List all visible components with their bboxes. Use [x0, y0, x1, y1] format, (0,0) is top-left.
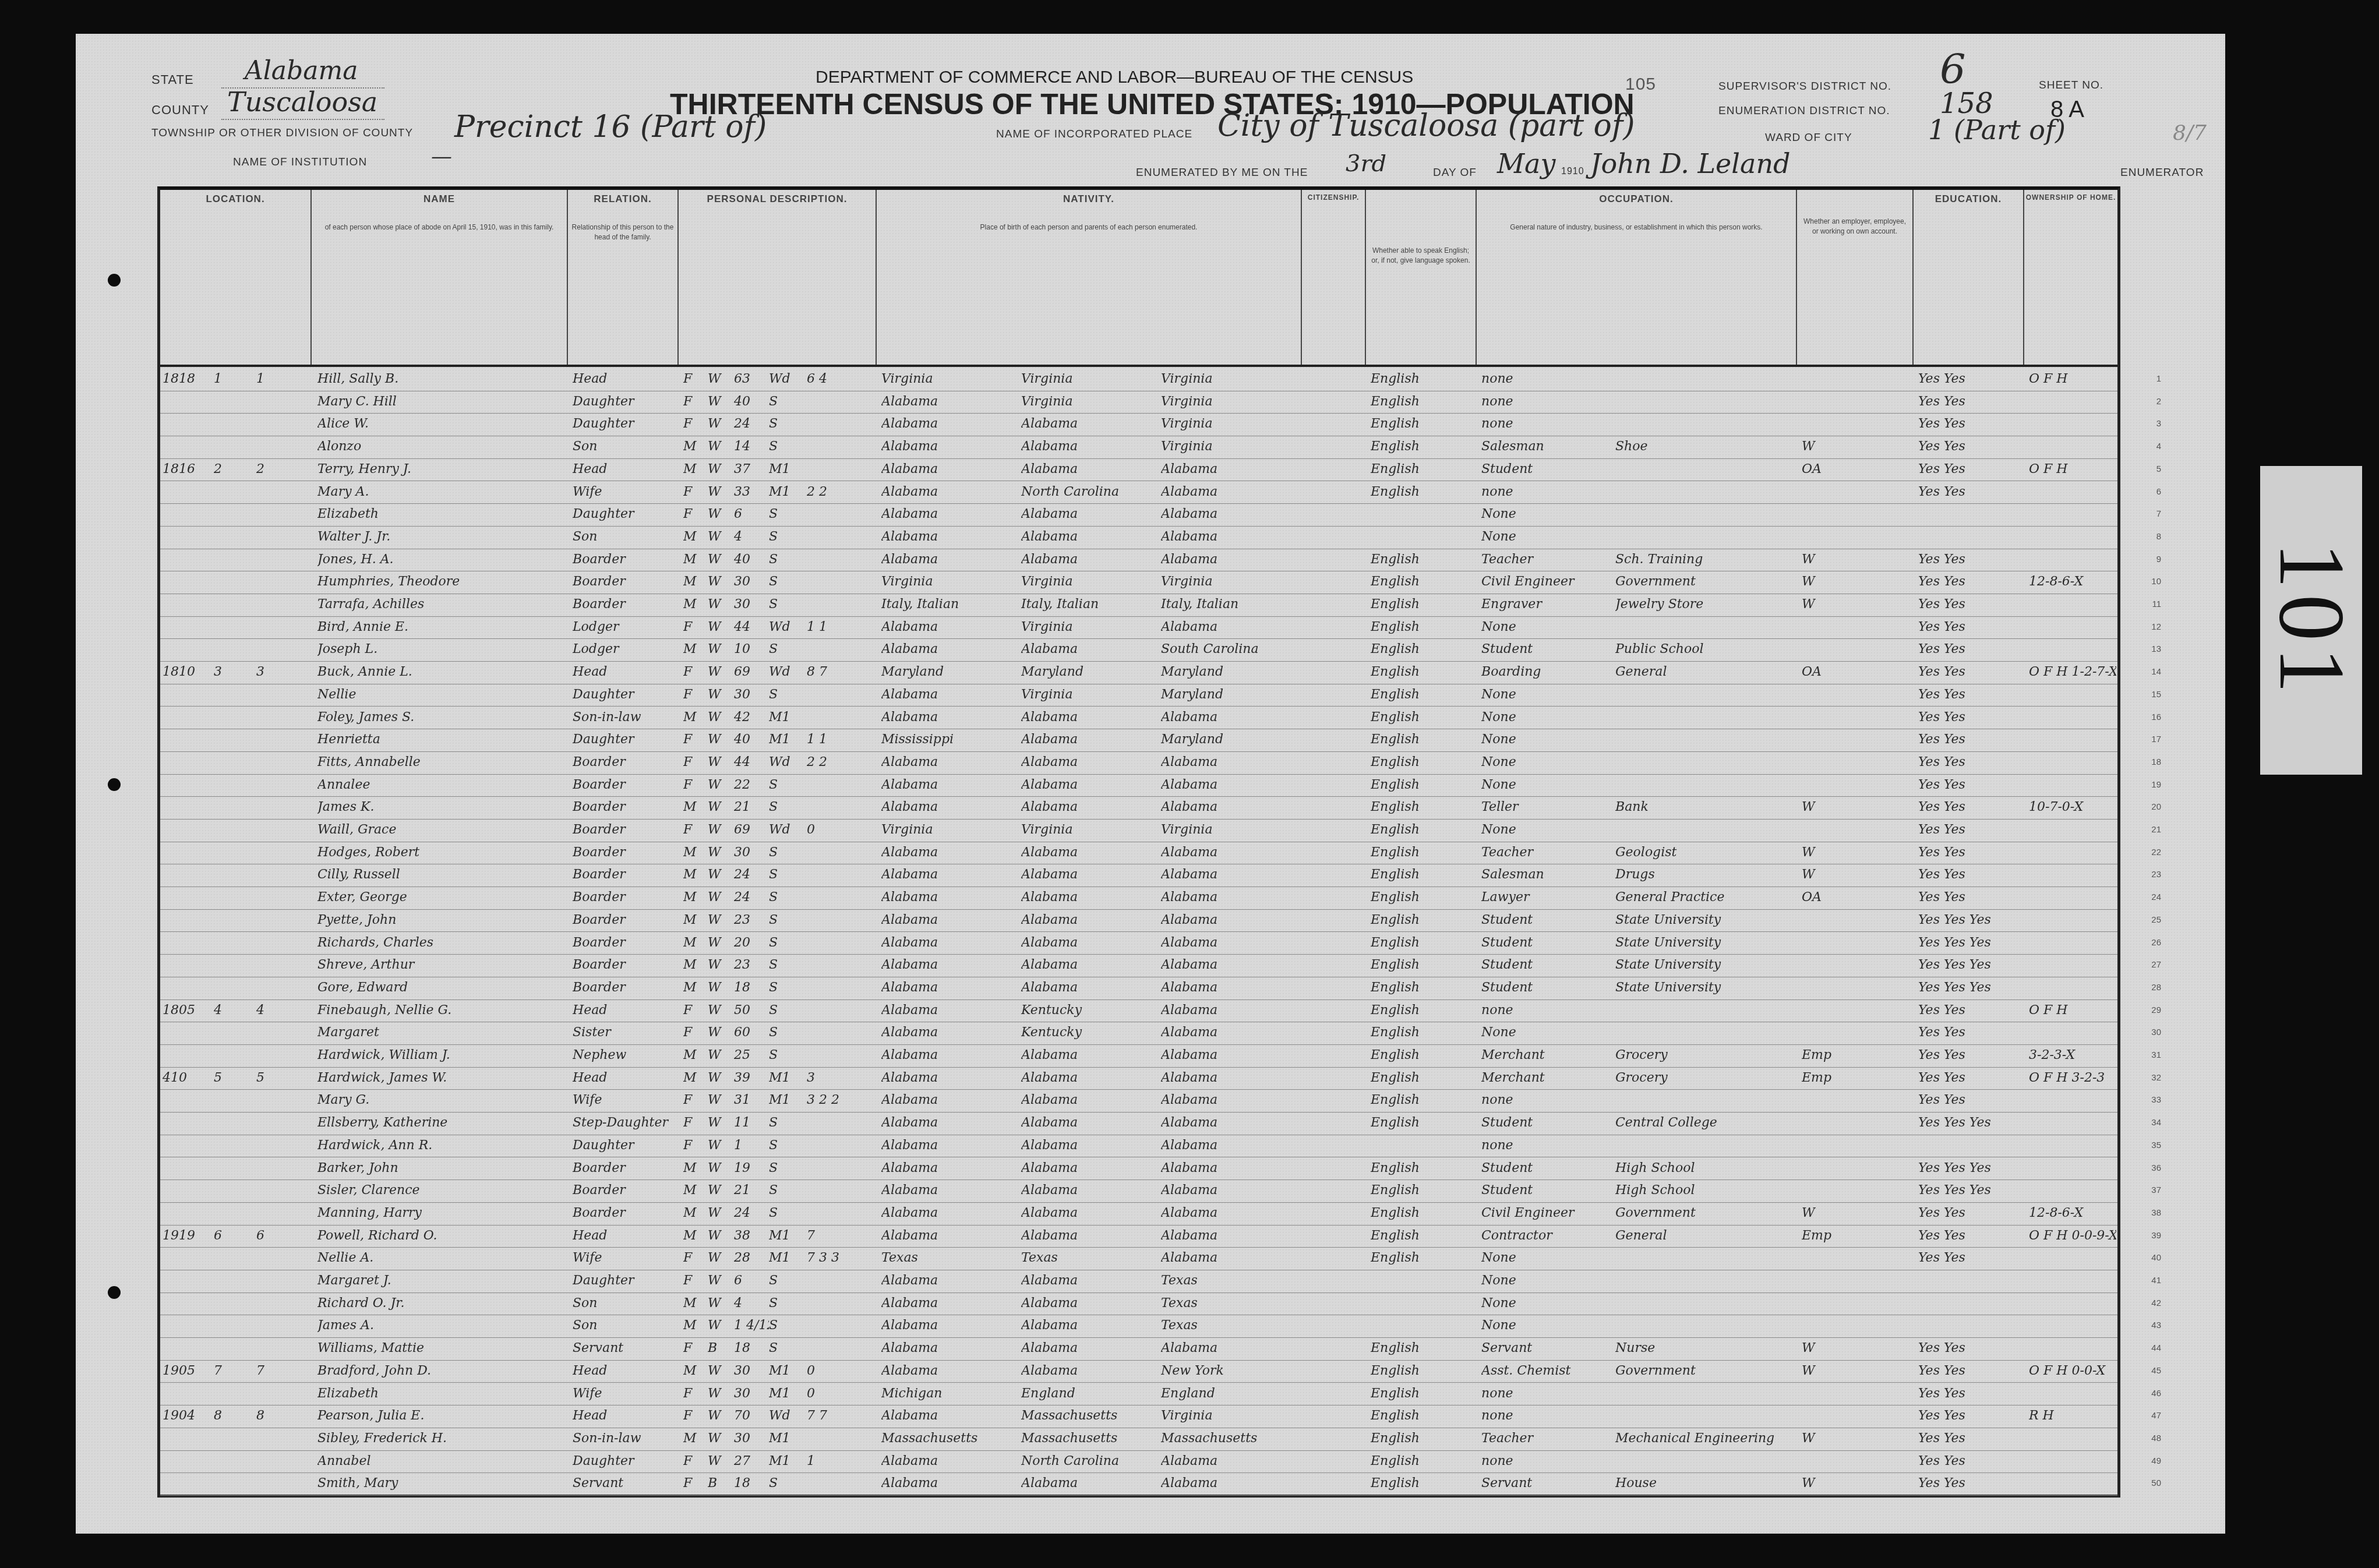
cell-fam	[256, 616, 297, 639]
table-row: Mary C. HillDaughterFW40SAlabamaVirginia…	[160, 391, 2117, 414]
cell-lang	[1371, 1292, 1476, 1315]
cell-pob: Alabama	[881, 932, 1015, 955]
cell-ms: S	[769, 1112, 804, 1135]
cell-own	[2029, 1089, 2116, 1112]
cell-ms: S	[769, 391, 804, 414]
cell-emp	[1802, 1247, 1912, 1270]
cell-age: 60	[734, 1022, 769, 1044]
cell-name: Pyette, John	[317, 909, 565, 932]
cell-own: O F H 0-0-9-X	[2029, 1225, 2116, 1248]
cell-mpob: Virginia	[1161, 819, 1301, 842]
cell-ch	[807, 1337, 871, 1360]
line-number: 38	[2151, 1202, 2161, 1224]
cell-pob: Virginia	[881, 819, 1015, 842]
cell-fam	[256, 909, 297, 932]
cell-ch	[807, 887, 871, 909]
line-number: 33	[2151, 1089, 2161, 1111]
cell-dw	[214, 1337, 255, 1360]
cell-rel: Boarder	[573, 954, 677, 977]
cell-race: W	[708, 1022, 731, 1044]
cell-lang	[1371, 1270, 1476, 1292]
cell-ind: Nurse	[1615, 1337, 1796, 1360]
cell-dw: 3	[214, 661, 255, 684]
cell-ms: M1	[769, 1247, 804, 1270]
line-number: 27	[2151, 954, 2161, 976]
cell-ind	[1615, 1089, 1796, 1112]
cell-pob: Alabama	[881, 864, 1015, 887]
cell-age: 4	[734, 1292, 769, 1315]
cell-edu: Yes Yes	[1918, 1000, 2023, 1022]
cell-age: 30	[734, 1360, 769, 1383]
cell-fam	[256, 954, 297, 977]
cell-dw	[214, 1428, 255, 1450]
cell-pob: Alabama	[881, 1135, 1015, 1157]
col-personal: PERSONAL DESCRIPTION.	[679, 190, 877, 365]
cell-pob: Virginia	[881, 571, 1015, 594]
cell-race: W	[708, 954, 731, 977]
cell-lang: English	[1371, 1112, 1476, 1135]
cell-ind	[1615, 1292, 1796, 1315]
cell-age: 69	[734, 819, 769, 842]
cell-race: W	[708, 796, 731, 819]
enumerator-label: ENUMERATOR	[2120, 167, 2204, 179]
cell-ind	[1615, 1135, 1796, 1157]
cell-lang: English	[1371, 684, 1476, 707]
cell-ch	[807, 1270, 871, 1292]
cell-age: 33	[734, 481, 769, 504]
cell-fpob: Virginia	[1021, 616, 1155, 639]
cell-emp	[1802, 503, 1912, 526]
cell-name: Hardwick, William J.	[317, 1044, 565, 1067]
cell-house	[163, 774, 209, 797]
cell-lang: English	[1371, 819, 1476, 842]
ward-label: WARD OF CITY	[1765, 132, 1852, 144]
cell-own: O F H 0-0-X	[2029, 1360, 2116, 1383]
cell-lang: English	[1371, 1000, 1476, 1022]
cell-age: 30	[734, 1383, 769, 1405]
cell-lang: English	[1371, 842, 1476, 864]
cell-name: James A.	[317, 1315, 565, 1337]
col-employer: Whether an employer, employee, or workin…	[1797, 190, 1914, 365]
cell-fam	[256, 1022, 297, 1044]
cell-name: Williams, Mattie	[317, 1337, 565, 1360]
cell-race: W	[708, 1292, 731, 1315]
cell-pob: Alabama	[881, 684, 1015, 707]
cell-pob: Alabama	[881, 549, 1015, 571]
cell-ch	[807, 1000, 871, 1022]
line-number: 39	[2151, 1225, 2161, 1247]
table-row: 190488Pearson, Julia E.HeadFW70Wd7 7Alab…	[160, 1405, 2117, 1428]
line-number: 41	[2151, 1270, 2161, 1292]
cell-mpob: Alabama	[1161, 1089, 1301, 1112]
cell-rel: Boarder	[573, 1157, 677, 1180]
cell-dw	[214, 594, 255, 616]
cell-name: Joseph L.	[317, 638, 565, 661]
cell-mpob: Virginia	[1161, 436, 1301, 458]
cell-own	[2029, 842, 2116, 864]
cell-edu	[1918, 526, 2023, 549]
cell-ms: Wd	[769, 661, 804, 684]
cell-ind: Grocery	[1615, 1067, 1796, 1090]
cell-ms: M1	[769, 458, 804, 481]
cell-occ: Student	[1481, 932, 1609, 955]
cell-own	[2029, 751, 2116, 774]
cell-name: Nellie A.	[317, 1247, 565, 1270]
state-label: STATE	[151, 72, 194, 87]
cell-ind: Government	[1615, 571, 1796, 594]
cell-fpob: Alabama	[1021, 954, 1155, 977]
cell-mpob: Alabama	[1161, 1157, 1301, 1180]
cell-age: 24	[734, 887, 769, 909]
cell-name: Sisler, Clarence	[317, 1179, 565, 1202]
cell-fpob: Kentucky	[1021, 1000, 1155, 1022]
cell-lang: English	[1371, 436, 1476, 458]
cell-own	[2029, 1315, 2116, 1337]
cell-ms: M1	[769, 1067, 804, 1090]
line-number: 14	[2151, 661, 2161, 683]
cell-mpob: Alabama	[1161, 932, 1301, 955]
cell-edu: Yes Yes	[1918, 661, 2023, 684]
cell-occ: None	[1481, 616, 1609, 639]
cell-sex: F	[683, 391, 707, 414]
cell-rel: Daughter	[573, 729, 677, 751]
cell-occ: Teller	[1481, 796, 1609, 819]
cell-ms: S	[769, 842, 804, 864]
cell-name: Jones, H. A.	[317, 549, 565, 571]
cell-emp	[1802, 391, 1912, 414]
cell-fpob: Alabama	[1021, 887, 1155, 909]
cell-race: W	[708, 1225, 731, 1248]
cell-fam	[256, 1450, 297, 1473]
cell-name: Gore, Edward	[317, 977, 565, 1000]
cell-name: Pearson, Julia E.	[317, 1405, 565, 1428]
cell-fpob: Virginia	[1021, 368, 1155, 391]
cell-emp: OA	[1802, 458, 1912, 481]
cell-name: Elizabeth	[317, 503, 565, 526]
cell-age: 44	[734, 616, 769, 639]
cell-lang: English	[1371, 1428, 1476, 1450]
cell-edu: Yes Yes	[1918, 391, 2023, 414]
cell-pob: Massachusetts	[881, 1428, 1015, 1450]
cell-fam	[256, 1247, 297, 1270]
cell-ch	[807, 1112, 871, 1135]
cell-own	[2029, 707, 2116, 729]
cell-pob: Alabama	[881, 1472, 1015, 1495]
cell-lang: English	[1371, 481, 1476, 504]
cell-pob: Alabama	[881, 1157, 1015, 1180]
cell-occ: None	[1481, 1315, 1609, 1337]
cell-ind	[1615, 481, 1796, 504]
cell-own	[2029, 1383, 2116, 1405]
cell-ind: Public School	[1615, 638, 1796, 661]
cell-name: Terry, Henry J.	[317, 458, 565, 481]
cell-occ: Student	[1481, 638, 1609, 661]
cell-mpob: Alabama	[1161, 954, 1301, 977]
cell-ch	[807, 932, 871, 955]
cell-ind: Government	[1615, 1202, 1796, 1225]
cell-house	[163, 1179, 209, 1202]
cell-ind	[1615, 616, 1796, 639]
cell-ind: High School	[1615, 1179, 1796, 1202]
cell-house	[163, 1472, 209, 1495]
cell-own	[2029, 481, 2116, 504]
cell-age: 40	[734, 549, 769, 571]
cell-emp	[1802, 1405, 1912, 1428]
cell-house	[163, 932, 209, 955]
cell-occ: none	[1481, 1405, 1609, 1428]
cell-race: W	[708, 458, 731, 481]
cell-dw	[214, 571, 255, 594]
table-row: Hardwick, William J.NephewMW25SAlabamaAl…	[160, 1044, 2117, 1068]
cell-ind: Sch. Training	[1615, 549, 1796, 571]
line-number: 7	[2156, 503, 2161, 525]
cell-fpob: Maryland	[1021, 661, 1155, 684]
line-number: 6	[2156, 481, 2161, 503]
cell-ch	[807, 549, 871, 571]
cell-own	[2029, 1450, 2116, 1473]
cell-fam	[256, 571, 297, 594]
line-number: 10	[2151, 571, 2161, 593]
cell-emp: OA	[1802, 661, 1912, 684]
cell-mpob: Maryland	[1161, 684, 1301, 707]
cell-mpob: Alabama	[1161, 977, 1301, 1000]
cell-edu: Yes Yes	[1918, 819, 2023, 842]
cell-fpob: England	[1021, 1383, 1155, 1405]
col-ownership: OWNERSHIP OF HOME.	[2024, 190, 2117, 365]
cell-race: W	[708, 549, 731, 571]
cell-name: Bird, Annie E.	[317, 616, 565, 639]
cell-dw: 1	[214, 368, 255, 391]
col-nativity: NATIVITY.Place of birth of each person a…	[877, 190, 1302, 365]
cell-pob: Alabama	[881, 1270, 1015, 1292]
cell-mpob: Virginia	[1161, 368, 1301, 391]
cell-house	[163, 1157, 209, 1180]
cell-mpob: Massachusetts	[1161, 1428, 1301, 1450]
cell-rel: Head	[573, 1360, 677, 1383]
cell-sex: F	[683, 616, 707, 639]
cell-ms: S	[769, 684, 804, 707]
cell-ch	[807, 1135, 871, 1157]
cell-fam	[256, 796, 297, 819]
cell-dw	[214, 1112, 255, 1135]
line-number: 12	[2151, 616, 2161, 638]
cell-dw	[214, 1135, 255, 1157]
cell-ch	[807, 707, 871, 729]
cell-ms: S	[769, 503, 804, 526]
cell-ms: S	[769, 1157, 804, 1180]
cell-pob: Alabama	[881, 503, 1015, 526]
cell-sex: M	[683, 842, 707, 864]
cell-ch	[807, 413, 871, 436]
cell-ch	[807, 684, 871, 707]
cell-fpob: Alabama	[1021, 1360, 1155, 1383]
cell-own	[2029, 391, 2116, 414]
cell-ms: S	[769, 571, 804, 594]
cell-emp	[1802, 977, 1912, 1000]
cell-dw	[214, 909, 255, 932]
cell-sex: M	[683, 887, 707, 909]
cell-edu: Yes Yes Yes	[1918, 1157, 2023, 1180]
cell-occ: None	[1481, 729, 1609, 751]
cell-rel: Head	[573, 1000, 677, 1022]
department-heading: DEPARTMENT OF COMMERCE AND LABOR—BUREAU …	[816, 68, 1413, 87]
cell-race: W	[708, 481, 731, 504]
enumerated-label: ENUMERATED BY ME ON THE	[1136, 167, 1308, 179]
cell-mpob: Alabama	[1161, 909, 1301, 932]
cell-own	[2029, 977, 2116, 1000]
cell-rel: Head	[573, 661, 677, 684]
cell-fpob: Alabama	[1021, 413, 1155, 436]
cell-ch	[807, 774, 871, 797]
cell-edu: Yes Yes	[1918, 1360, 2023, 1383]
cell-age: 11	[734, 1112, 769, 1135]
cell-pob: Alabama	[881, 977, 1015, 1000]
cell-ms: S	[769, 436, 804, 458]
cell-pob: Alabama	[881, 887, 1015, 909]
cell-mpob: Alabama	[1161, 1067, 1301, 1090]
header-divider	[160, 365, 2117, 367]
cell-race: W	[708, 1135, 731, 1157]
cell-dw	[214, 1157, 255, 1180]
cell-own	[2029, 503, 2116, 526]
cell-emp: Emp	[1802, 1225, 1912, 1248]
cell-house: 1816	[163, 458, 209, 481]
cell-edu: Yes Yes	[1918, 549, 2023, 571]
line-number: 18	[2151, 751, 2161, 774]
cell-dw	[214, 1022, 255, 1044]
cell-age: 18	[734, 1337, 769, 1360]
cell-pob: Mississippi	[881, 729, 1015, 751]
cell-house	[163, 549, 209, 571]
cell-own	[2029, 864, 2116, 887]
cell-sex: M	[683, 638, 707, 661]
cell-race: W	[708, 707, 731, 729]
cell-ch: 8 7	[807, 661, 871, 684]
cell-race: W	[708, 1450, 731, 1473]
cell-dw	[214, 1247, 255, 1270]
cell-sex: M	[683, 977, 707, 1000]
cell-rel: Boarder	[573, 819, 677, 842]
cell-lang	[1371, 526, 1476, 549]
cell-sex: F	[683, 1135, 707, 1157]
cell-edu: Yes Yes	[1918, 594, 2023, 616]
cell-name: Buck, Annie L.	[317, 661, 565, 684]
cell-race: W	[708, 1179, 731, 1202]
cell-own	[2029, 594, 2116, 616]
line-number: 19	[2151, 774, 2161, 796]
cell-pob: Alabama	[881, 413, 1015, 436]
cell-dw	[214, 1202, 255, 1225]
cell-edu: Yes Yes	[1918, 729, 2023, 751]
cell-rel: Son	[573, 1292, 677, 1315]
cell-occ: Servant	[1481, 1472, 1609, 1495]
cell-fam	[256, 729, 297, 751]
cell-dw	[214, 1450, 255, 1473]
cell-house	[163, 1337, 209, 1360]
cell-pob: Alabama	[881, 1450, 1015, 1473]
cell-name: Bradford, John D.	[317, 1360, 565, 1383]
cell-fam: 1	[256, 368, 297, 391]
cell-race: W	[708, 1000, 731, 1022]
cell-house	[163, 1135, 209, 1157]
cell-house	[163, 977, 209, 1000]
cell-rel: Son	[573, 1315, 677, 1337]
cell-ch: 7 3 3	[807, 1247, 871, 1270]
cell-pob: Virginia	[881, 368, 1015, 391]
cell-house	[163, 503, 209, 526]
cell-rel: Boarder	[573, 594, 677, 616]
table-row: Tarrafa, AchillesBoarderMW30SItaly, Ital…	[160, 594, 2117, 617]
cell-house	[163, 1315, 209, 1337]
cell-fam	[256, 481, 297, 504]
cell-pob: Alabama	[881, 1112, 1015, 1135]
cell-occ: Teacher	[1481, 549, 1609, 571]
cell-ch	[807, 1292, 871, 1315]
cell-rel: Boarder	[573, 909, 677, 932]
table-row: Fitts, AnnabelleBoarderFW44Wd2 2AlabamaA…	[160, 751, 2117, 775]
cell-sex: M	[683, 1315, 707, 1337]
cell-fam	[256, 842, 297, 864]
cell-house	[163, 571, 209, 594]
table-row: Mary G.WifeFW31M13 2 2AlabamaAlabamaAlab…	[160, 1089, 2117, 1113]
cell-mpob: Alabama	[1161, 1112, 1301, 1135]
cell-ch	[807, 1044, 871, 1067]
table-row: Gore, EdwardBoarderMW18SAlabamaAlabamaAl…	[160, 977, 2117, 1000]
enumerated-day: 3rd	[1346, 150, 1386, 177]
table-row: Smith, MaryServantFB18SAlabamaAlabamaAla…	[160, 1472, 2117, 1496]
cell-name: Tarrafa, Achilles	[317, 594, 565, 616]
cell-race: W	[708, 1315, 731, 1337]
cell-ch: 3	[807, 1067, 871, 1090]
cell-lang: English	[1371, 1067, 1476, 1090]
table-row: Sibley, Frederick H.Son-in-lawMW30M1Mass…	[160, 1428, 2117, 1451]
cell-lang: English	[1371, 1450, 1476, 1473]
cell-race: W	[708, 1360, 731, 1383]
cell-ch: 2 2	[807, 751, 871, 774]
cell-mpob: Alabama	[1161, 1000, 1301, 1022]
cell-lang: English	[1371, 1044, 1476, 1067]
cell-race: W	[708, 1383, 731, 1405]
line-number: 26	[2151, 932, 2161, 954]
cell-ch	[807, 1022, 871, 1044]
cell-fam	[256, 819, 297, 842]
cell-fpob: Alabama	[1021, 436, 1155, 458]
cell-lang: English	[1371, 1405, 1476, 1428]
cell-own	[2029, 1337, 2116, 1360]
cell-mpob: Alabama	[1161, 1022, 1301, 1044]
cell-dw: 7	[214, 1360, 255, 1383]
cell-edu: Yes Yes	[1918, 1202, 2023, 1225]
cell-occ: Teacher	[1481, 842, 1609, 864]
state-value: Alabama	[245, 56, 358, 86]
cell-house	[163, 1383, 209, 1405]
institution-label: NAME OF INSTITUTION	[233, 156, 367, 169]
cell-house	[163, 1428, 209, 1450]
cell-ch	[807, 1202, 871, 1225]
cell-ind	[1615, 751, 1796, 774]
cell-fpob: Alabama	[1021, 1472, 1155, 1495]
cell-fam	[256, 549, 297, 571]
cell-race: W	[708, 1089, 731, 1112]
cell-race: W	[708, 774, 731, 797]
line-number: 48	[2151, 1428, 2161, 1450]
cell-emp: W	[1802, 1360, 1912, 1383]
cell-fpob: Alabama	[1021, 729, 1155, 751]
cell-edu: Yes Yes	[1918, 842, 2023, 864]
cell-fam: 2	[256, 458, 297, 481]
cell-dw	[214, 842, 255, 864]
cell-ch	[807, 1315, 871, 1337]
